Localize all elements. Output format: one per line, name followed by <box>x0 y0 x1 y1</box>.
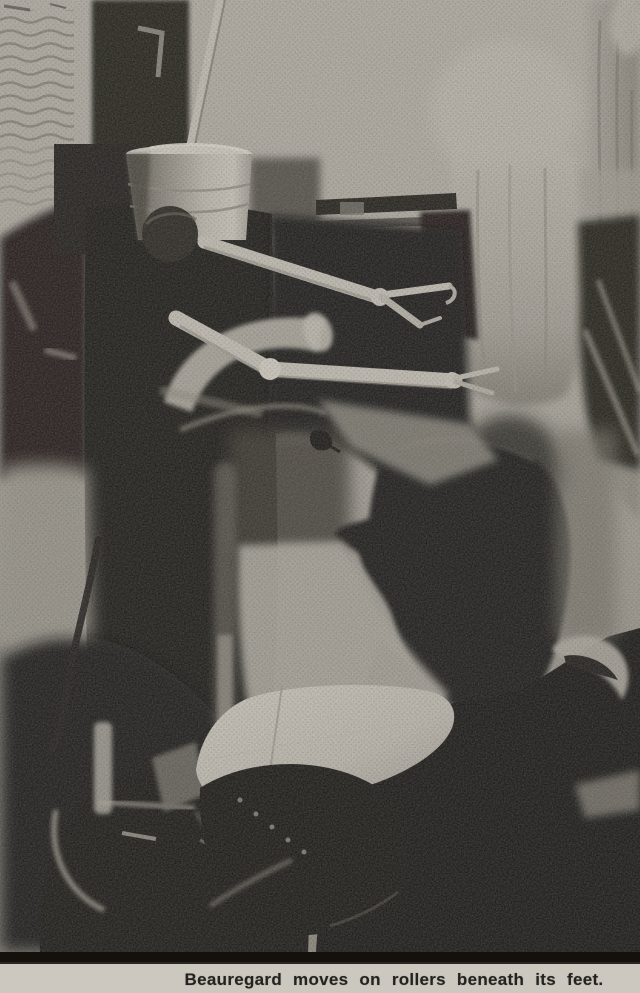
photograph <box>0 0 640 952</box>
photo-caption: Beauregard moves on rollers beneath its … <box>185 970 604 990</box>
caption-divider-bar <box>0 952 640 964</box>
caption-strip: Beauregard moves on rollers beneath its … <box>0 964 640 993</box>
newspaper-clipping: Beauregard moves on rollers beneath its … <box>0 0 640 993</box>
grain-light-overlay <box>0 0 640 952</box>
photo-canvas <box>0 0 640 952</box>
